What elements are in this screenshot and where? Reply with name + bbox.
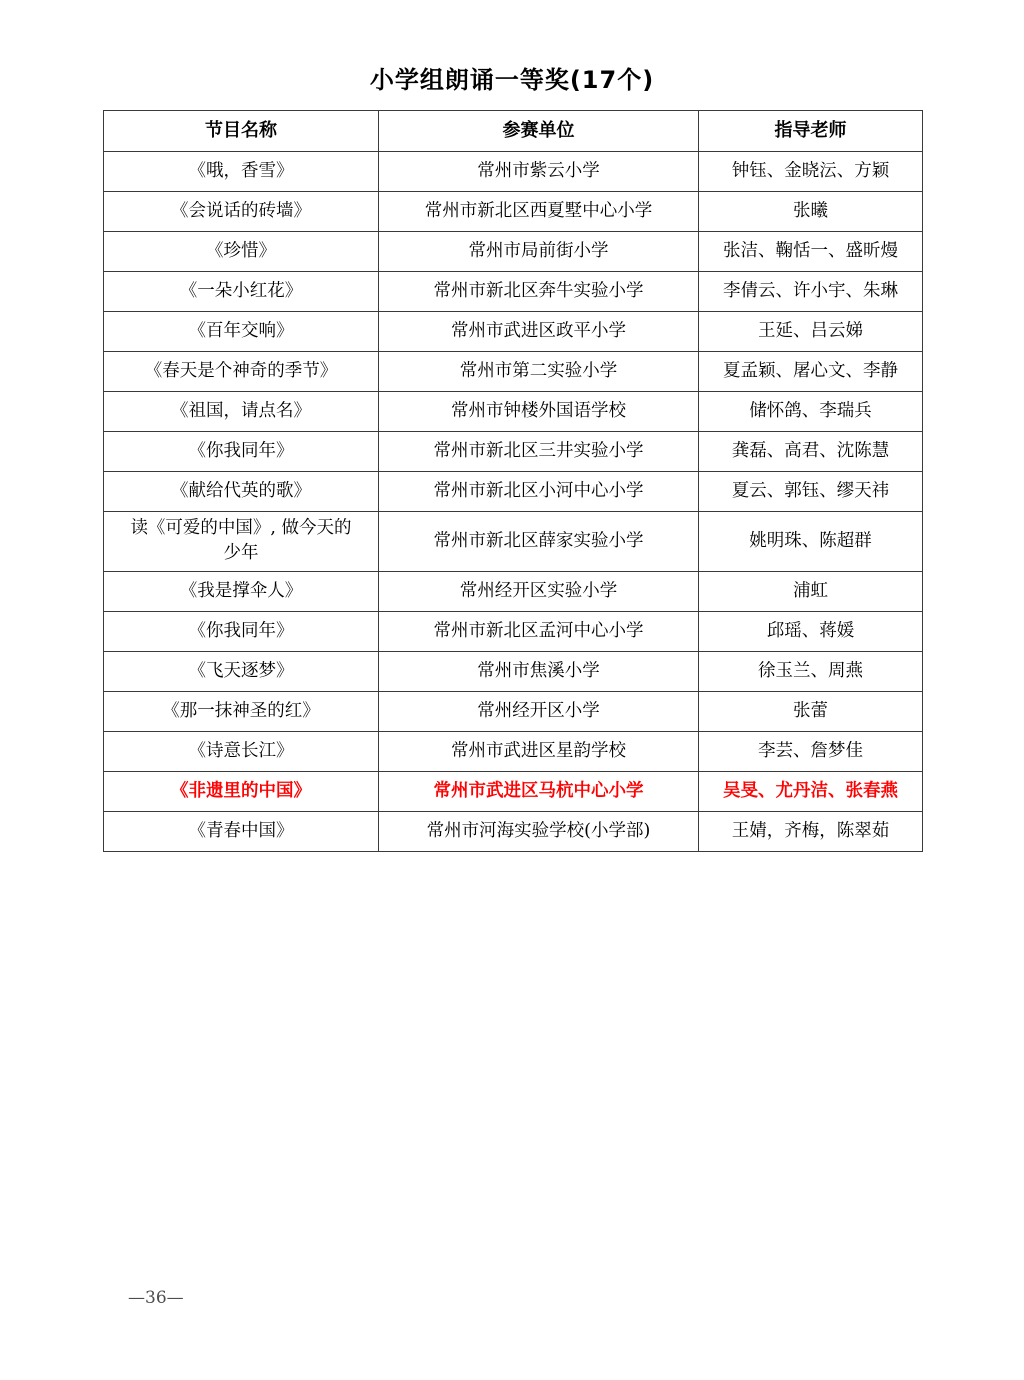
unit-cell: 常州市新北区薛家实验小学 [379, 512, 699, 572]
unit-cell: 常州市新北区小河中心小学 [379, 472, 699, 512]
header-cell-program: 节目名称 [104, 111, 379, 152]
program-cell: 《珍惜》 [104, 232, 379, 272]
unit-cell: 常州市武进区马杭中心小学 [379, 771, 699, 811]
header-cell-unit: 参赛单位 [379, 111, 699, 152]
program-cell: 《青春中国》 [104, 811, 379, 851]
program-cell: 《非遗里的中国》 [104, 771, 379, 811]
unit-cell: 常州市第二实验小学 [379, 352, 699, 392]
table-row: 《飞天逐梦》 常州市焦溪小学 徐玉兰、周燕 [104, 651, 923, 691]
header-row: 节目名称 参赛单位 指导老师 [104, 111, 923, 152]
document-page: 小学组朗诵一等奖(17个) 节目名称 参赛单位 指导老师 《哦，香雪》 常州市紫… [0, 0, 1024, 1380]
unit-cell: 常州市局前街小学 [379, 232, 699, 272]
teachers-cell: 李芸、詹梦佳 [699, 731, 923, 771]
teachers-cell: 张洁、鞠恬一、盛昕熳 [699, 232, 923, 272]
teachers-cell: 姚明珠、陈超群 [699, 512, 923, 572]
unit-cell: 常州市新北区孟河中心小学 [379, 611, 699, 651]
page-title: 小学组朗诵一等奖(17个) [0, 60, 1024, 95]
program-cell: 《你我同年》 [104, 611, 379, 651]
table-row: 《百年交响》 常州市武进区政平小学 王延、吕云娣 [104, 312, 923, 352]
program-cell: 《我是撑伞人》 [104, 571, 379, 611]
page-number: —36— [128, 1288, 184, 1308]
unit-cell: 常州经开区实验小学 [379, 571, 699, 611]
table-row: 《珍惜》 常州市局前街小学 张洁、鞠恬一、盛昕熳 [104, 232, 923, 272]
table-row: 《诗意长江》 常州市武进区星韵学校 李芸、詹梦佳 [104, 731, 923, 771]
unit-cell: 常州市新北区奔牛实验小学 [379, 272, 699, 312]
program-cell: 《诗意长江》 [104, 731, 379, 771]
unit-cell: 常州市新北区西夏墅中心小学 [379, 192, 699, 232]
unit-cell: 常州经开区小学 [379, 691, 699, 731]
table-row: 《我是撑伞人》 常州经开区实验小学 浦虹 [104, 571, 923, 611]
teachers-cell: 徐玉兰、周燕 [699, 651, 923, 691]
table-row: 《会说话的砖墙》 常州市新北区西夏墅中心小学 张曦 [104, 192, 923, 232]
unit-cell: 常州市武进区星韵学校 [379, 731, 699, 771]
program-cell: 《春天是个神奇的季节》 [104, 352, 379, 392]
table-row: 《青春中国》 常州市河海实验学校(小学部) 王婧，齐梅，陈翠茹 [104, 811, 923, 851]
table-row-highlighted: 《非遗里的中国》 常州市武进区马杭中心小学 吴旻、尤丹洁、张春燕 [104, 771, 923, 811]
table-row: 《祖国，请点名》 常州市钟楼外国语学校 储怀鸽、李瑞兵 [104, 392, 923, 432]
program-cell: 《你我同年》 [104, 432, 379, 472]
unit-cell: 常州市钟楼外国语学校 [379, 392, 699, 432]
program-cell: 《会说话的砖墙》 [104, 192, 379, 232]
program-cell: 读《可爱的中国》, 做今天的 少年 [104, 512, 379, 572]
unit-cell: 常州市武进区政平小学 [379, 312, 699, 352]
teachers-cell: 钟钰、金晓沄、方颖 [699, 152, 923, 192]
unit-cell: 常州市河海实验学校(小学部) [379, 811, 699, 851]
table-row: 读《可爱的中国》, 做今天的 少年 常州市新北区薛家实验小学 姚明珠、陈超群 [104, 512, 923, 572]
table-header: 节目名称 参赛单位 指导老师 [104, 111, 923, 152]
table-row: 《那一抹神圣的红》 常州经开区小学 张蕾 [104, 691, 923, 731]
table-row: 《哦，香雪》 常州市紫云小学 钟钰、金晓沄、方颖 [104, 152, 923, 192]
table-row: 《献给代英的歌》 常州市新北区小河中心小学 夏云、郭钰、缪天祎 [104, 472, 923, 512]
teachers-cell: 龚磊、高君、沈陈慧 [699, 432, 923, 472]
header-cell-teachers: 指导老师 [699, 111, 923, 152]
teachers-cell: 邱瑶、蒋媛 [699, 611, 923, 651]
program-cell: 《献给代英的歌》 [104, 472, 379, 512]
teachers-cell: 夏孟颖、屠心文、李静 [699, 352, 923, 392]
program-cell: 《百年交响》 [104, 312, 379, 352]
teachers-cell: 浦虹 [699, 571, 923, 611]
awards-table: 节目名称 参赛单位 指导老师 《哦，香雪》 常州市紫云小学 钟钰、金晓沄、方颖 … [103, 110, 923, 852]
unit-cell: 常州市焦溪小学 [379, 651, 699, 691]
teachers-cell: 张曦 [699, 192, 923, 232]
table-row: 《你我同年》 常州市新北区三井实验小学 龚磊、高君、沈陈慧 [104, 432, 923, 472]
table-row: 《一朵小红花》 常州市新北区奔牛实验小学 李倩云、许小宇、朱琳 [104, 272, 923, 312]
table-row: 《春天是个神奇的季节》 常州市第二实验小学 夏孟颖、屠心文、李静 [104, 352, 923, 392]
program-cell: 《祖国，请点名》 [104, 392, 379, 432]
program-cell: 《一朵小红花》 [104, 272, 379, 312]
teachers-cell: 王延、吕云娣 [699, 312, 923, 352]
unit-cell: 常州市新北区三井实验小学 [379, 432, 699, 472]
program-cell: 《哦，香雪》 [104, 152, 379, 192]
teachers-cell: 储怀鸽、李瑞兵 [699, 392, 923, 432]
table-body: 《哦，香雪》 常州市紫云小学 钟钰、金晓沄、方颖 《会说话的砖墙》 常州市新北区… [104, 152, 923, 852]
program-cell: 《那一抹神圣的红》 [104, 691, 379, 731]
teachers-cell: 李倩云、许小宇、朱琳 [699, 272, 923, 312]
teachers-cell: 吴旻、尤丹洁、张春燕 [699, 771, 923, 811]
teachers-cell: 张蕾 [699, 691, 923, 731]
teachers-cell: 夏云、郭钰、缪天祎 [699, 472, 923, 512]
teachers-cell: 王婧，齐梅，陈翠茹 [699, 811, 923, 851]
program-cell: 《飞天逐梦》 [104, 651, 379, 691]
unit-cell: 常州市紫云小学 [379, 152, 699, 192]
table-row: 《你我同年》 常州市新北区孟河中心小学 邱瑶、蒋媛 [104, 611, 923, 651]
